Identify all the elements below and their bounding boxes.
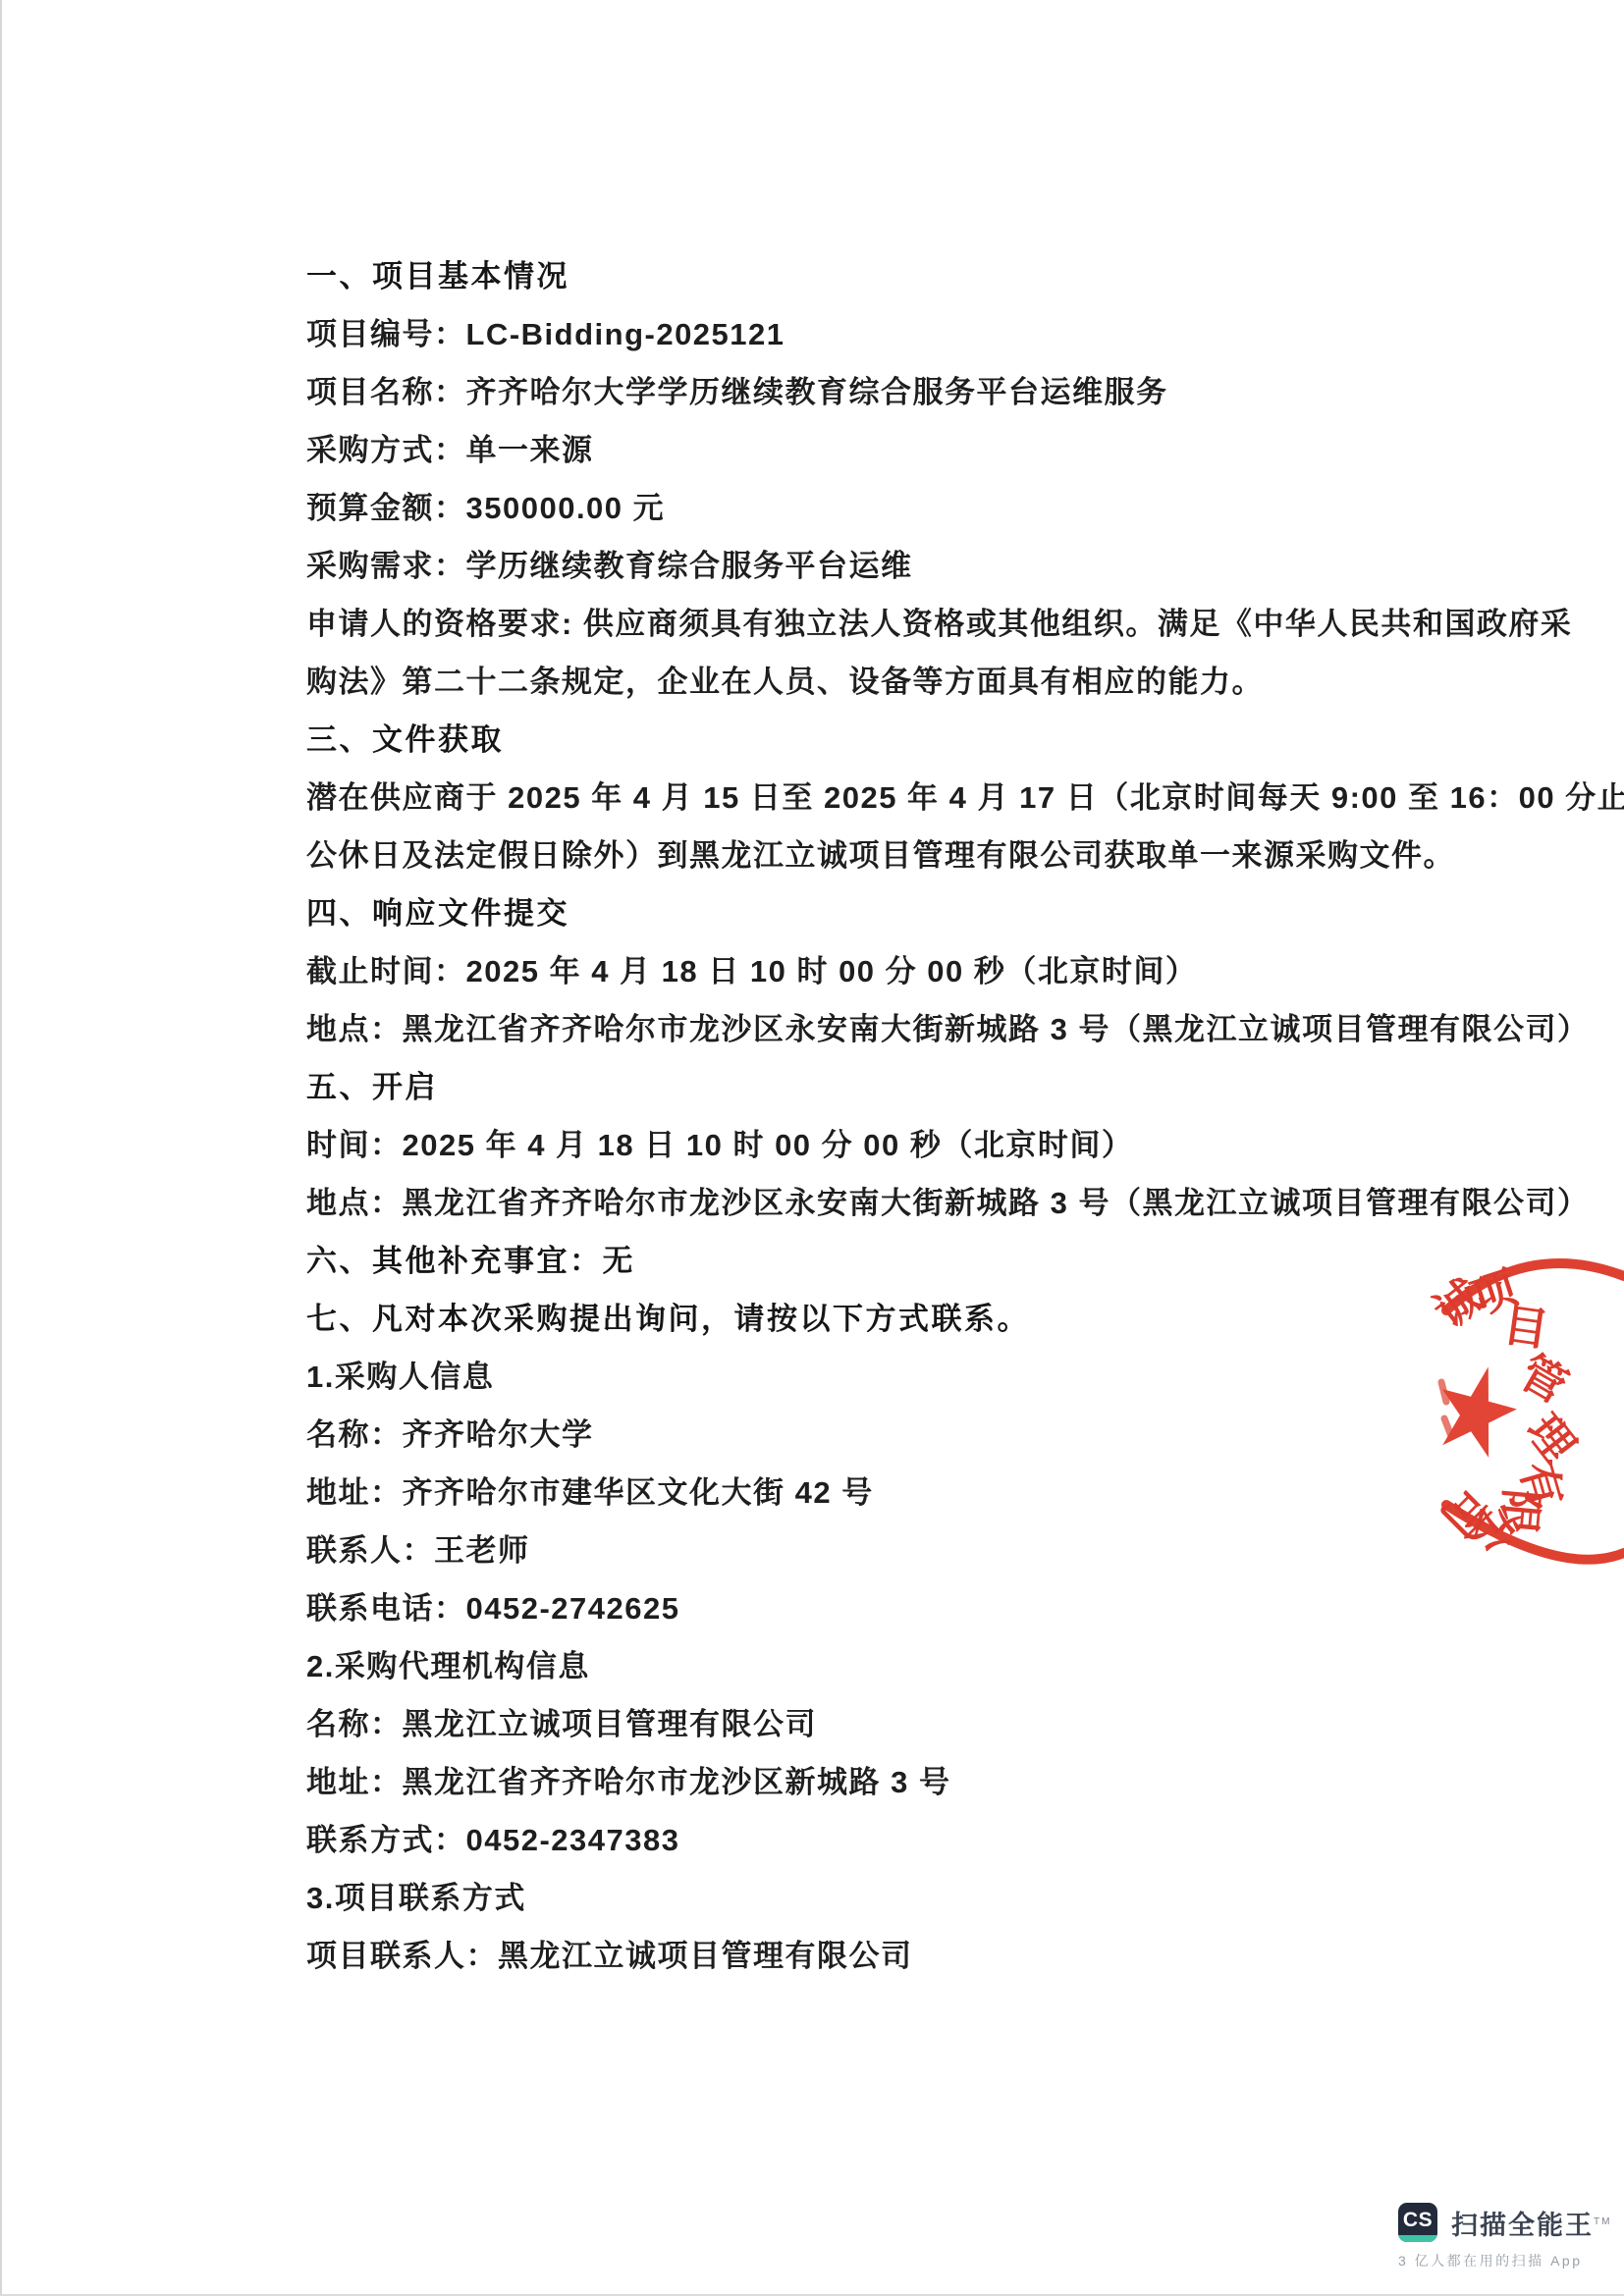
- seal-char: 管: [1511, 1346, 1576, 1413]
- document-line: 项目联系人：黑龙江立诚项目管理有限公司: [306, 1927, 1612, 1985]
- scan-left-edge: [0, 0, 2, 2296]
- seal-char: 目: [1500, 1299, 1552, 1356]
- document-line: 申请人的资格要求: 供应商须具有独立法人资格或其他组织。满足《中华人民共和国政府…: [306, 595, 1612, 653]
- document-line: 五、开启: [306, 1058, 1612, 1116]
- document-line: 3.项目联系方式: [306, 1869, 1612, 1927]
- document-line: 时间：2025 年 4 月 18 日 10 时 00 分 00 秒（北京时间）: [306, 1116, 1612, 1174]
- trademark-mark: TM: [1594, 2216, 1611, 2227]
- document-line: 名称：黑龙江立诚项目管理有限公司: [306, 1695, 1612, 1753]
- document-line: 地址：黑龙江省齐齐哈尔市龙沙区新城路 3 号: [306, 1753, 1612, 1811]
- cs-icon-accent-bar: [1398, 2235, 1437, 2242]
- document-line: 预算金额：350000.00 元: [306, 479, 1612, 537]
- document-line: 一、项目基本情况: [306, 247, 1612, 305]
- cs-icon-label: CS: [1403, 2210, 1433, 2230]
- camscanner-tagline: 3 亿人都在用的扫描 App: [1398, 2251, 1611, 2270]
- camscanner-app-icon: CS: [1398, 2203, 1437, 2242]
- document-line: 地点：黑龙江省齐齐哈尔市龙沙区永安南大街新城路 3 号（黑龙江立诚项目管理有限公…: [306, 1000, 1612, 1058]
- company-seal-stamp: 诚 项 目 管 理 有 限 公 司: [1394, 1217, 1624, 1610]
- document-body: 一、项目基本情况项目编号：LC-Bidding-2025121项目名称：齐齐哈尔…: [306, 247, 1612, 1985]
- document-line: 截止时间：2025 年 4 月 18 日 10 时 00 分 00 秒（北京时间…: [306, 942, 1612, 1000]
- scanned-document-page: 一、项目基本情况项目编号：LC-Bidding-2025121项目名称：齐齐哈尔…: [0, 0, 1624, 2296]
- document-line: 采购需求：学历继续教育综合服务平台运维: [306, 537, 1612, 595]
- camscanner-app-name: 扫描全能王TM: [1451, 2204, 1611, 2242]
- document-line: 联系方式：0452-2347383: [306, 1811, 1612, 1869]
- seal-star-icon: [1429, 1357, 1526, 1462]
- document-line: 四、响应文件提交: [306, 884, 1612, 942]
- document-line: 潜在供应商于 2025 年 4 月 15 日至 2025 年 4 月 17 日（…: [306, 769, 1612, 827]
- document-line: 公休日及法定假日除外）到黑龙江立诚项目管理有限公司获取单一来源采购文件。: [306, 827, 1612, 884]
- app-name-text: 扫描全能王: [1451, 2211, 1594, 2240]
- document-line: 2.采购代理机构信息: [306, 1637, 1612, 1695]
- document-line: 三、文件获取: [306, 711, 1612, 769]
- document-line: 采购方式：单一来源: [306, 421, 1612, 479]
- document-line: 项目名称：齐齐哈尔大学学历继续教育综合服务平台运维服务: [306, 363, 1612, 421]
- document-line: 项目编号：LC-Bidding-2025121: [306, 305, 1612, 363]
- camscanner-watermark: CS 扫描全能王TM 3 亿人都在用的扫描 App: [1398, 2203, 1611, 2270]
- document-line: 购法》第二十二条规定，企业在人员、设备等方面具有相应的能力。: [306, 653, 1612, 711]
